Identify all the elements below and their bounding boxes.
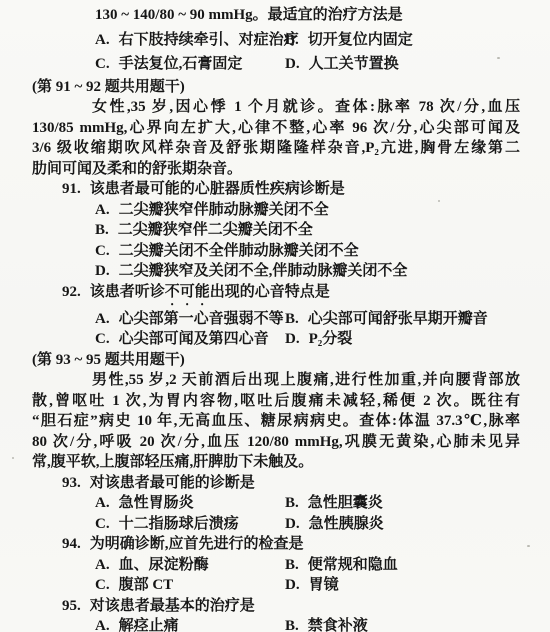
q92-option-a-text: 心尖部第一心音强弱不等 <box>119 311 284 327</box>
q91-option-b-text: 二尖瓣狭窄伴二尖瓣关闭不全 <box>118 222 313 238</box>
q90-option-d-label: D. <box>285 52 300 77</box>
stem-line: 女性,35 岁,因心悸 1 个月就诊。查体:脉率 78 次/分,血压 <box>32 97 520 118</box>
q94-option-d-text: 胃镜 <box>309 577 339 593</box>
q94-option-d: D.胃镜 <box>285 575 520 596</box>
q93-option-d: D.急性胰腺炎 <box>285 514 520 535</box>
q93-option-a-text: 急性胃肠炎 <box>119 495 194 511</box>
question-92-text-pre: 该患者听诊 <box>90 284 165 300</box>
group-91-92-header: (第 91 ~ 92 题共用题干) <box>32 77 520 98</box>
stem-line: 3/6 级收缩期吹风样杂音及舒张期隆隆样杂音,P₂亢进,胸骨左缘第二 <box>32 138 520 159</box>
q91-option-d-label: D. <box>95 261 110 282</box>
q92-option-c-label: C. <box>95 329 110 350</box>
q93-option-c: C.十二指肠球后溃疡 <box>95 514 285 535</box>
q94-option-c-label: C. <box>95 575 110 596</box>
question-92-text-post: 出现的心音特点是 <box>210 284 330 300</box>
q91-option-c-label: C. <box>95 241 110 262</box>
group-93-95-header: (第 93 ~ 95 题共用题干) <box>32 350 520 371</box>
q92-option-a: A.心尖部第一心音强弱不等 <box>95 309 285 330</box>
question-95: 95.对该患者最基本的治疗是 <box>32 596 520 617</box>
question-94-text: 为明确诊断,应首先进行的检查是 <box>90 536 304 552</box>
q93-option-a-label: A. <box>95 493 110 514</box>
question-94-options-row-2: C.腹部 CT D.胃镜 <box>32 575 520 596</box>
q91-option-a-text: 二尖瓣狭窄伴肺动脉瓣关闭不全 <box>119 202 329 218</box>
stem-line: 男性,55 岁,2 天前酒后出现上腹痛,进行性加重,并向腰背部放 <box>32 370 520 391</box>
stem-line: 散,曾呕吐 1 次,为胃内容物,呕吐后腹痛未减轻,稀便 2 次。既往有 <box>32 391 520 412</box>
q90-option-c-text: 手法复位,石膏固定 <box>119 56 243 72</box>
question-91-text: 该患者最可能的心脏器质性疾病诊断是 <box>90 181 345 197</box>
q90-option-b-text: 切开复位内固定 <box>308 32 413 48</box>
stem-line: 常,腹平软,上腹部轻压痛,肝脾肋下未触及。 <box>32 452 520 473</box>
q94-option-c-text: 腹部 CT <box>119 577 174 593</box>
question-91-number: 91. <box>62 179 81 200</box>
q94-option-c: C.腹部 CT <box>95 575 285 596</box>
question-95-number: 95. <box>62 596 81 617</box>
question-90-options-row-1: A.右下肢持续牵引、对症治疗 B.切开复位内固定 <box>32 28 520 53</box>
q90-option-a: A.右下肢持续牵引、对症治疗 <box>95 28 285 53</box>
scan-speck <box>527 545 530 547</box>
q90-option-c: C.手法复位,石膏固定 <box>95 52 285 77</box>
stem-line: 肋间可闻及柔和的舒张期杂音。 <box>32 159 520 180</box>
q91-option-c: C.二尖瓣关闭不全伴肺动脉瓣关闭不全 <box>95 241 520 262</box>
question-92: 92.该患者听诊不可能出现的心音特点是 <box>32 282 520 309</box>
q91-option-c-text: 二尖瓣关闭不全伴肺动脉瓣关闭不全 <box>119 243 359 259</box>
q91-option-b: B.二尖瓣狭窄伴二尖瓣关闭不全 <box>95 220 520 241</box>
q90-option-a-text: 右下肢持续牵引、对症治疗 <box>119 32 299 48</box>
question-90-stem-tail: 130 ~ 140/80 ~ 90 mmHg。最适宜的治疗方法是 <box>32 3 520 28</box>
question-94: 94.为明确诊断,应首先进行的检查是 <box>32 534 520 555</box>
q90-option-a-label: A. <box>95 28 110 53</box>
q94-option-a-label: A. <box>95 555 110 576</box>
scan-speck <box>438 200 440 202</box>
q91-option-a: A.二尖瓣狭窄伴肺动脉瓣关闭不全 <box>95 200 520 221</box>
question-95-text: 对该患者最基本的治疗是 <box>90 598 255 614</box>
scan-speck <box>12 457 14 459</box>
q93-option-a: A.急性胃肠炎 <box>95 493 285 514</box>
group-91-92-stem: 女性,35 岁,因心悸 1 个月就诊。查体:脉率 78 次/分,血压 130/8… <box>32 97 520 179</box>
q91-option-d-text: 二尖瓣狭窄及关闭不全,伴肺动脉瓣关闭不全 <box>119 263 408 279</box>
question-91: 91.该患者最可能的心脏器质性疾病诊断是 <box>32 179 520 200</box>
q95-option-b: B.禁食补液 <box>285 616 520 632</box>
q95-option-b-text: 禁食补液 <box>308 618 368 632</box>
q92-option-b-label: B. <box>285 309 299 330</box>
q93-option-c-text: 十二指肠球后溃疡 <box>119 516 239 532</box>
q94-option-b: B.便常规和隐血 <box>285 555 520 576</box>
q92-option-b: B.心尖部可闻舒张早期开瓣音 <box>285 309 520 330</box>
q94-option-b-text: 便常规和隐血 <box>308 557 398 573</box>
q92-option-c: C.心尖部可闻及第四心音 <box>95 329 285 350</box>
question-94-options-row-1: A.血、尿淀粉酶 B.便常规和隐血 <box>32 555 520 576</box>
q94-option-a-text: 血、尿淀粉酶 <box>119 557 209 573</box>
question-93-text: 对该患者最可能的诊断是 <box>90 475 255 491</box>
question-92-number: 92. <box>62 282 81 303</box>
q92-option-a-label: A. <box>95 309 110 330</box>
q95-option-a: A.解痉止痛 <box>95 616 285 632</box>
stem-line: 80 次/分,呼吸 20 次/分,血压 120/80 mmHg,巩膜无黄染,心肺… <box>32 432 520 453</box>
q93-option-d-label: D. <box>285 514 300 535</box>
question-92-text-emphasized: 不可能 <box>165 284 210 300</box>
q95-option-b-label: B. <box>285 616 299 632</box>
q94-option-d-label: D. <box>285 575 300 596</box>
question-93-options-row-2: C.十二指肠球后溃疡 D.急性胰腺炎 <box>32 514 520 535</box>
q95-option-a-label: A. <box>95 616 110 632</box>
question-93: 93.对该患者最可能的诊断是 <box>32 473 520 494</box>
q91-option-b-label: B. <box>95 220 109 241</box>
q92-option-d: D.P₂分裂 <box>285 329 520 350</box>
stem-line: “胆石症”病史 10 年,无高血压、糖尿病病史。查体:体温 37.3℃,脉率 <box>32 411 520 432</box>
q93-option-d-text: 急性胰腺炎 <box>309 516 384 532</box>
question-90-options-row-2: C.手法复位,石膏固定 D.人工关节置换 <box>32 52 520 77</box>
q91-option-a-label: A. <box>95 200 110 221</box>
q90-option-c-label: C. <box>95 52 110 77</box>
q93-option-b-label: B. <box>285 493 299 514</box>
q93-option-b: B.急性胆囊炎 <box>285 493 520 514</box>
q94-option-a: A.血、尿淀粉酶 <box>95 555 285 576</box>
q90-option-b: B.切开复位内固定 <box>285 28 520 53</box>
question-95-options-row-1: A.解痉止痛 B.禁食补液 <box>32 616 520 632</box>
question-92-options-row-1: A.心尖部第一心音强弱不等 B.心尖部可闻舒张早期开瓣音 <box>32 309 520 330</box>
q92-option-c-text: 心尖部可闻及第四心音 <box>119 331 269 347</box>
q93-option-b-text: 急性胆囊炎 <box>308 495 383 511</box>
question-92-options-row-2: C.心尖部可闻及第四心音 D.P₂分裂 <box>32 329 520 350</box>
q92-option-d-label: D. <box>285 329 300 350</box>
q95-option-a-text: 解痉止痛 <box>119 618 179 632</box>
q90-option-b-label: B. <box>285 28 299 53</box>
question-94-number: 94. <box>62 534 81 555</box>
question-93-number: 93. <box>62 473 81 494</box>
group-93-95-stem: 男性,55 岁,2 天前酒后出现上腹痛,进行性加重,并向腰背部放 散,曾呕吐 1… <box>32 370 520 473</box>
q92-option-b-text: 心尖部可闻舒张早期开瓣音 <box>308 311 488 327</box>
question-91-options: A.二尖瓣狭窄伴肺动脉瓣关闭不全 B.二尖瓣狭窄伴二尖瓣关闭不全 C.二尖瓣关闭… <box>32 200 520 282</box>
exam-page: 130 ~ 140/80 ~ 90 mmHg。最适宜的治疗方法是 A.右下肢持续… <box>0 0 550 632</box>
q92-option-d-text: P₂分裂 <box>309 331 353 347</box>
stem-line: 130/85 mmHg,心界向左扩大,心律不整,心率 96 次/分,心尖部可闻及 <box>32 118 520 139</box>
scan-speck <box>497 57 500 59</box>
q94-option-b-label: B. <box>285 555 299 576</box>
q91-option-d: D.二尖瓣狭窄及关闭不全,伴肺动脉瓣关闭不全 <box>95 261 520 282</box>
q93-option-c-label: C. <box>95 514 110 535</box>
q90-option-d: D.人工关节置换 <box>285 52 520 77</box>
q90-option-d-text: 人工关节置换 <box>309 56 399 72</box>
question-93-options-row-1: A.急性胃肠炎 B.急性胆囊炎 <box>32 493 520 514</box>
